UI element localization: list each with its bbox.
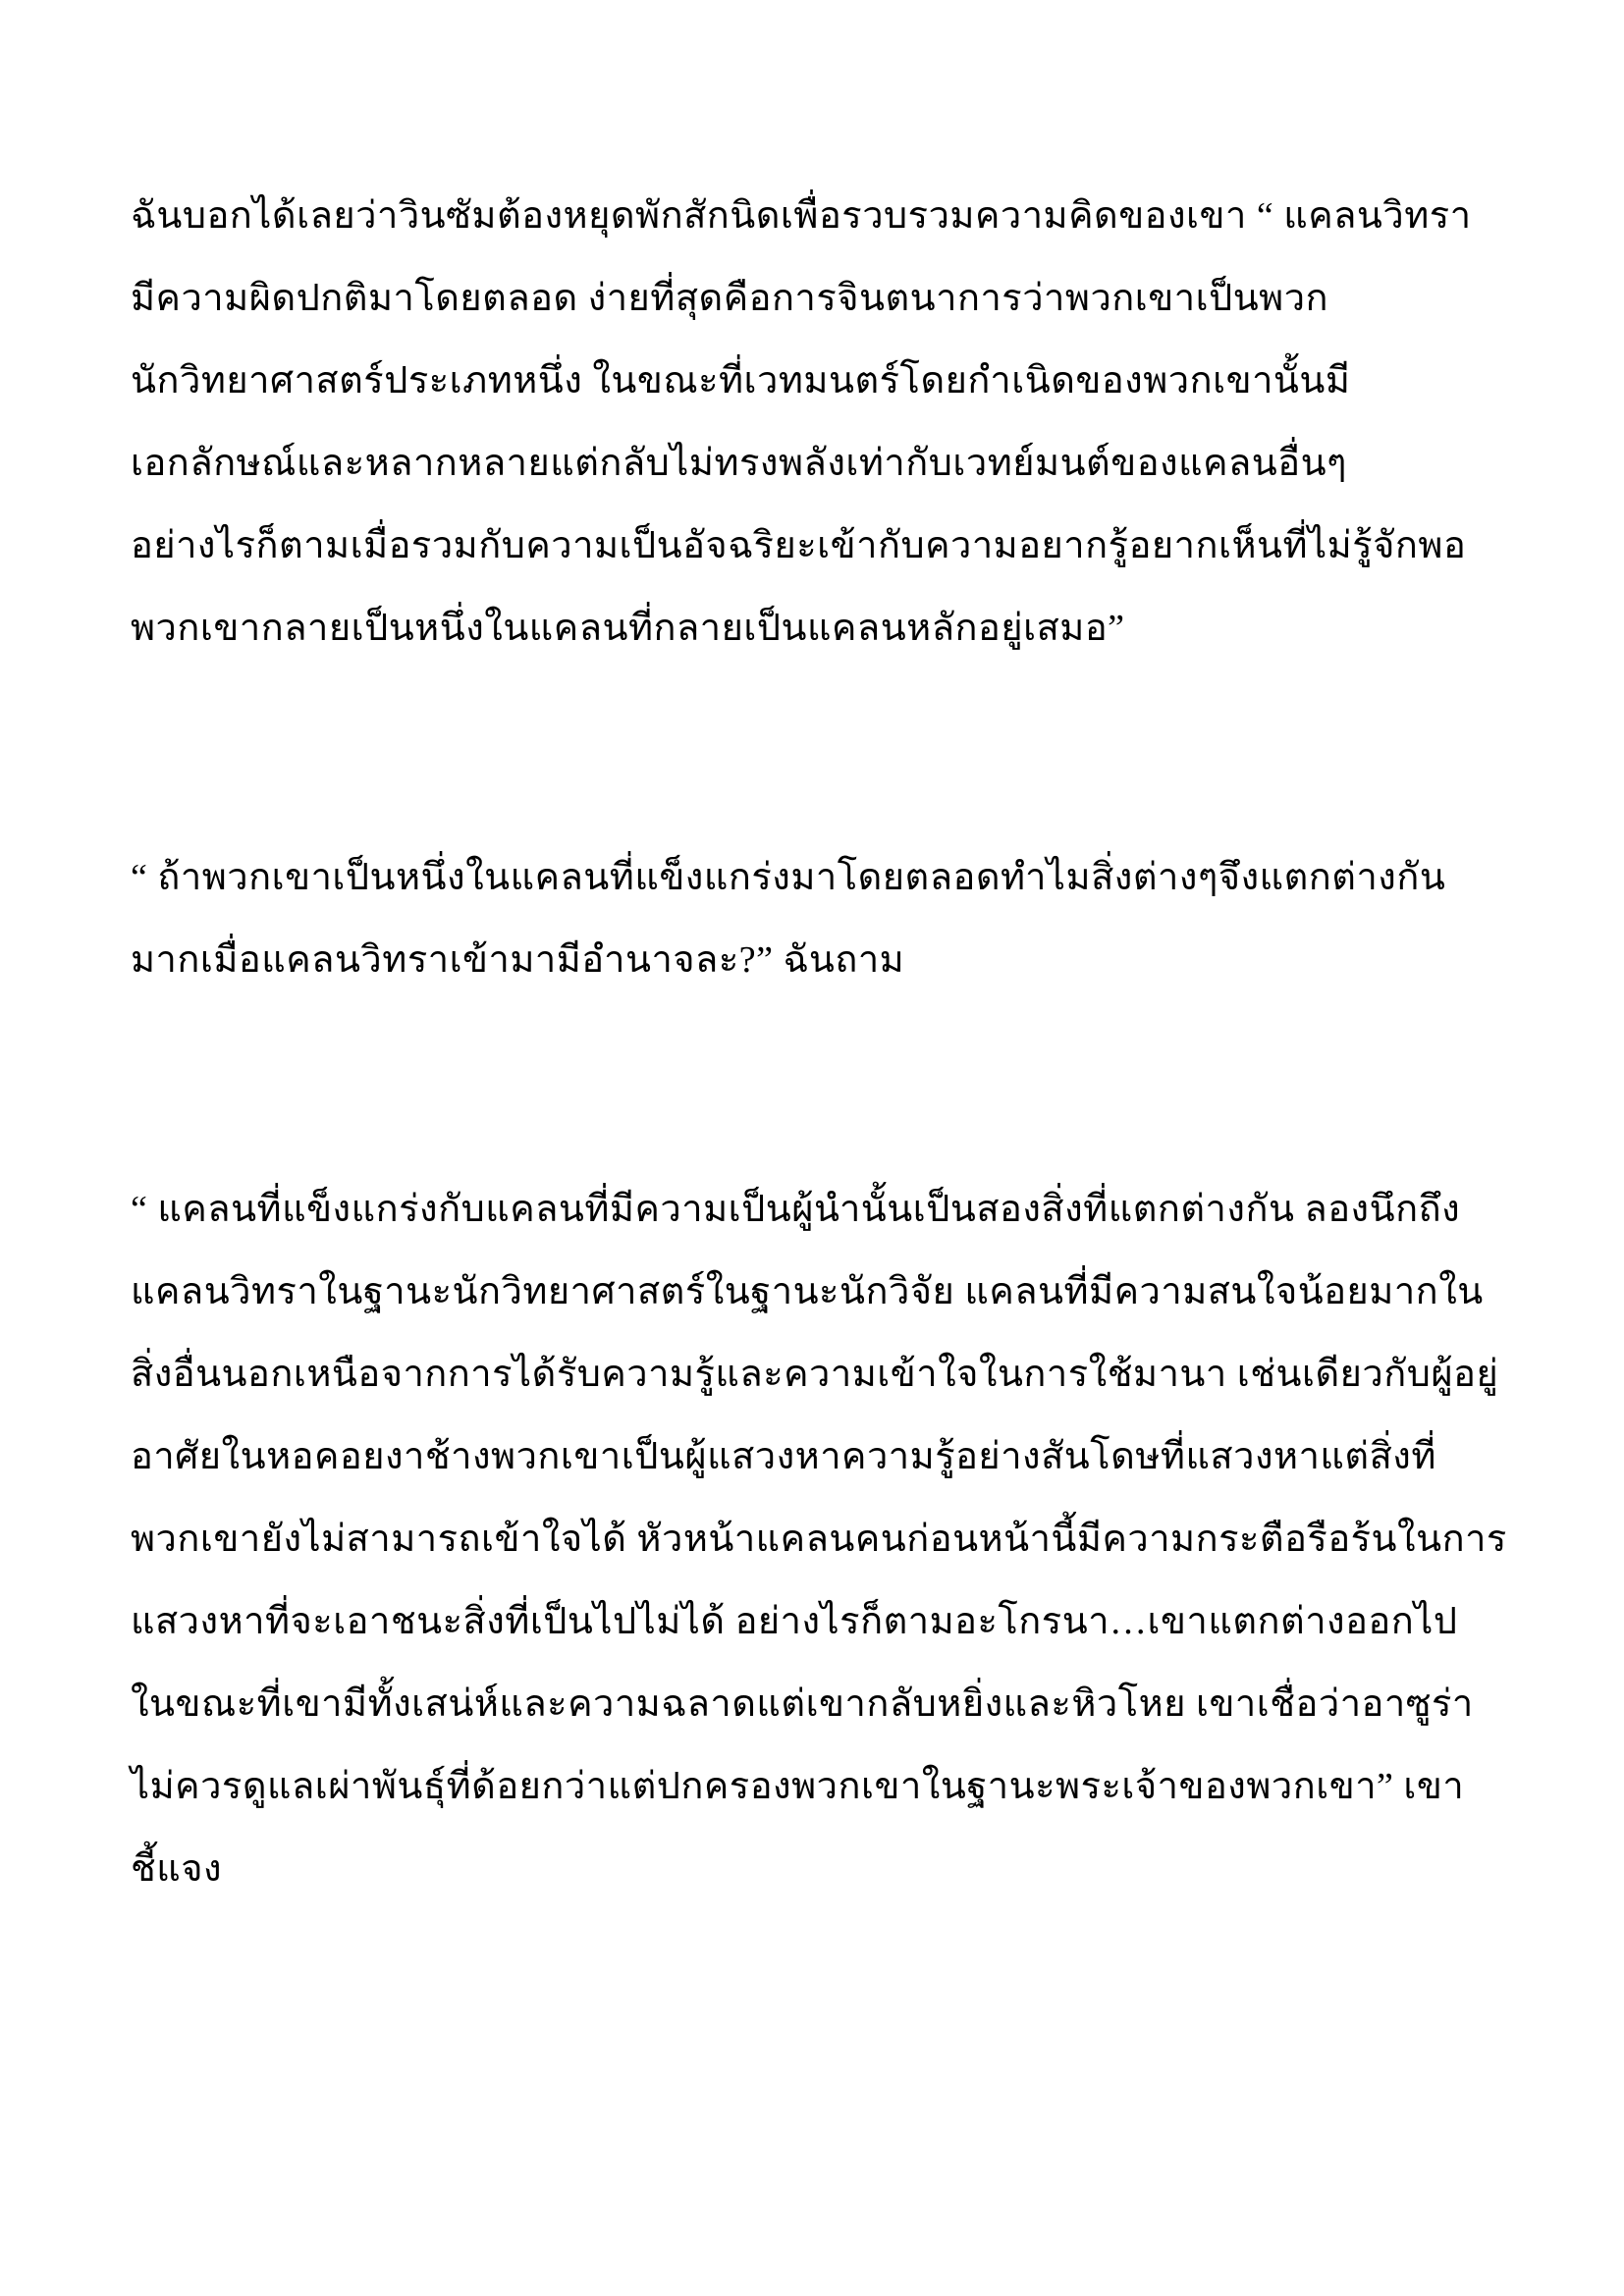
text-line: “ ถ้าพวกเขาเป็นหนึ่งในแคลนที่แข็งแกร่งมา… bbox=[131, 836, 1506, 919]
text-line: แสวงหาที่จะเอาชนะสิ่งที่เป็นไปไม่ได้ อย่… bbox=[131, 1580, 1506, 1663]
text-line: ในขณะที่เขามีทั้งเสน่ห์และความฉลาดแต่เขา… bbox=[131, 1663, 1506, 1745]
text-line: ชี้แจง bbox=[131, 1828, 1506, 1910]
paragraph-answer: “ แคลนที่แข็งแกร่งกับแคลนที่มีความเป็นผู… bbox=[131, 1168, 1506, 1910]
text-line: มีความผิดปกติมาโดยตลอด ง่ายที่สุดคือการจ… bbox=[131, 257, 1506, 340]
text-line: อาศัยในหอคอยงาช้างพวกเขาเป็นผู้แสวงหาควา… bbox=[131, 1415, 1506, 1498]
text-line: แคลนวิทราในฐานะนักวิทยาศาสตร์ในฐานะนักวิ… bbox=[131, 1251, 1506, 1333]
text-line: อย่างไรก็ตามเมื่อรวมกับความเป็นอัจฉริยะเ… bbox=[131, 505, 1506, 587]
text-line: มากเมื่อแคลนวิทราเข้ามามีอำนาจละ?” ฉันถา… bbox=[131, 919, 1506, 1001]
text-line: พวกเขายังไม่สามารถเข้าใจได้ หัวหน้าแคลนค… bbox=[131, 1498, 1506, 1580]
text-line: ไม่ควรดูแลเผ่าพันธุ์ที่ด้อยกว่าแต่ปกครอง… bbox=[131, 1745, 1506, 1828]
paragraph-narration: ฉันบอกได้เลยว่าวินซัมต้องหยุดพักสักนิดเพ… bbox=[131, 175, 1506, 669]
text-line: นักวิทยาศาสตร์ประเภทหนึ่ง ในขณะที่เวทมนต… bbox=[131, 340, 1506, 422]
text-line: สิ่งอื่นนอกเหนือจากการได้รับความรู้และคว… bbox=[131, 1333, 1506, 1415]
text-line: ฉันบอกได้เลยว่าวินซัมต้องหยุดพักสักนิดเพ… bbox=[131, 175, 1506, 257]
text-line: “ แคลนที่แข็งแกร่งกับแคลนที่มีความเป็นผู… bbox=[131, 1168, 1506, 1251]
paragraph-question: “ ถ้าพวกเขาเป็นหนึ่งในแคลนที่แข็งแกร่งมา… bbox=[131, 836, 1506, 1001]
document-page: ฉันบอกได้เลยว่าวินซัมต้องหยุดพักสักนิดเพ… bbox=[0, 0, 1624, 2296]
text-line: พวกเขากลายเป็นหนึ่งในแคลนที่กลายเป็นแคลน… bbox=[131, 587, 1506, 669]
text-line: เอกลักษณ์และหลากหลายแต่กลับไม่ทรงพลังเท่… bbox=[131, 422, 1506, 505]
